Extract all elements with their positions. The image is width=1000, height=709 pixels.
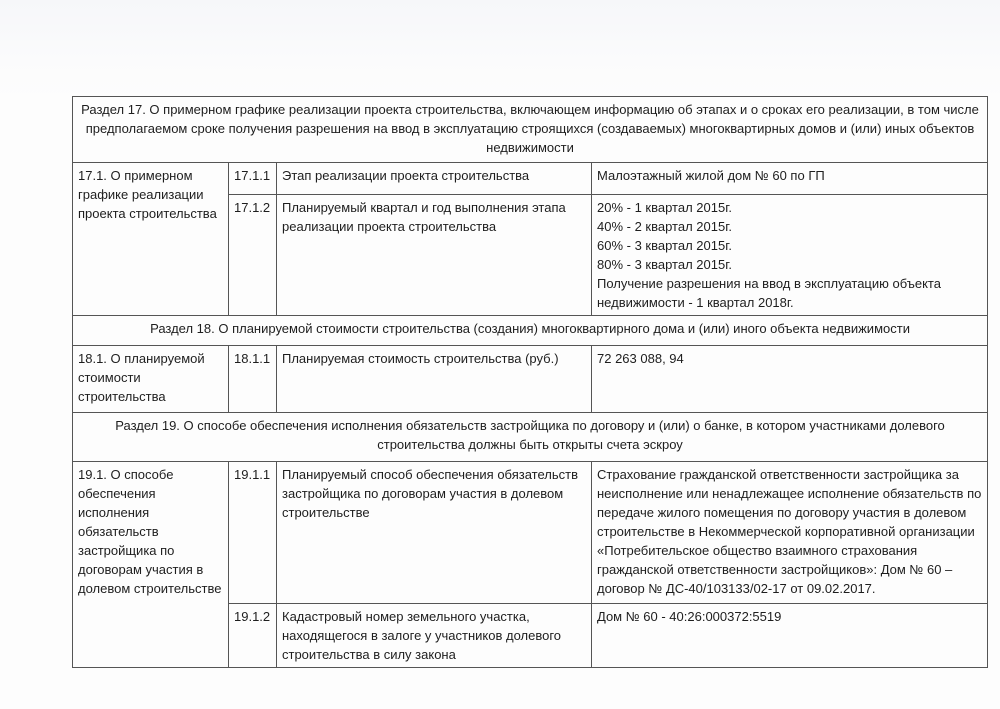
section-17-header-row: Раздел 17. О примерном графике реализаци… xyxy=(73,97,988,163)
table-row: 19.1. О способе обеспечения исполнения о… xyxy=(73,462,988,604)
value-line: Дом № 60 - 40:26:000372:5519 xyxy=(597,607,982,626)
item-number: 17.1.2 xyxy=(229,195,277,316)
value-line: Малоэтажный жилой дом № 60 по ГП xyxy=(597,166,982,185)
scanned-page: Раздел 17. О примерном графике реализаци… xyxy=(0,0,1000,709)
item-label: Планируемая стоимость строительства (руб… xyxy=(277,346,592,413)
value-line: Получение разрешения на ввод в эксплуата… xyxy=(597,274,982,312)
section-19-header-row: Раздел 19. О способе обеспечения исполне… xyxy=(73,413,988,462)
item-value: 72 263 088, 94 xyxy=(592,346,988,413)
item-label: Планируемый способ обеспечения обязатель… xyxy=(277,462,592,604)
value-line: 20% - 1 квартал 2015г. xyxy=(597,198,982,217)
section-title: Раздел 19. О способе обеспечения исполне… xyxy=(73,413,988,462)
disclosure-table: Раздел 17. О примерном графике реализаци… xyxy=(72,96,988,668)
item-number: 19.1.1 xyxy=(229,462,277,604)
item-label: Этап реализации проекта строительства xyxy=(277,163,592,195)
table-row: 17.1. О примерном графике реализации про… xyxy=(73,163,988,195)
item-number: 18.1.1 xyxy=(229,346,277,413)
item-number: 19.1.2 xyxy=(229,604,277,668)
item-label: Планируемый квартал и год выполнения эта… xyxy=(277,195,592,316)
item-number: 17.1.1 xyxy=(229,163,277,195)
table-row: 18.1. О планируемой стоимости строительс… xyxy=(73,346,988,413)
group-label: 19.1. О способе обеспечения исполнения о… xyxy=(73,462,229,668)
item-value: Малоэтажный жилой дом № 60 по ГП xyxy=(592,163,988,195)
item-value: 20% - 1 квартал 2015г. 40% - 2 квартал 2… xyxy=(592,195,988,316)
section-18-header-row: Раздел 18. О планируемой стоимости строи… xyxy=(73,316,988,346)
section-title: Раздел 17. О примерном графике реализаци… xyxy=(73,97,988,163)
group-label: 17.1. О примерном графике реализации про… xyxy=(73,163,229,316)
value-line: 40% - 2 квартал 2015г. xyxy=(597,217,982,236)
section-title: Раздел 18. О планируемой стоимости строи… xyxy=(73,316,988,346)
item-value: Дом № 60 - 40:26:000372:5519 xyxy=(592,604,988,668)
item-value: Страхование гражданской ответственности … xyxy=(592,462,988,604)
item-label: Кадастровый номер земельного участка, на… xyxy=(277,604,592,668)
value-line: 80% - 3 квартал 2015г. xyxy=(597,255,982,274)
value-line: 72 263 088, 94 xyxy=(597,349,982,368)
value-line: Страхование гражданской ответственности … xyxy=(597,465,982,598)
value-line: 60% - 3 квартал 2015г. xyxy=(597,236,982,255)
group-label: 18.1. О планируемой стоимости строительс… xyxy=(73,346,229,413)
